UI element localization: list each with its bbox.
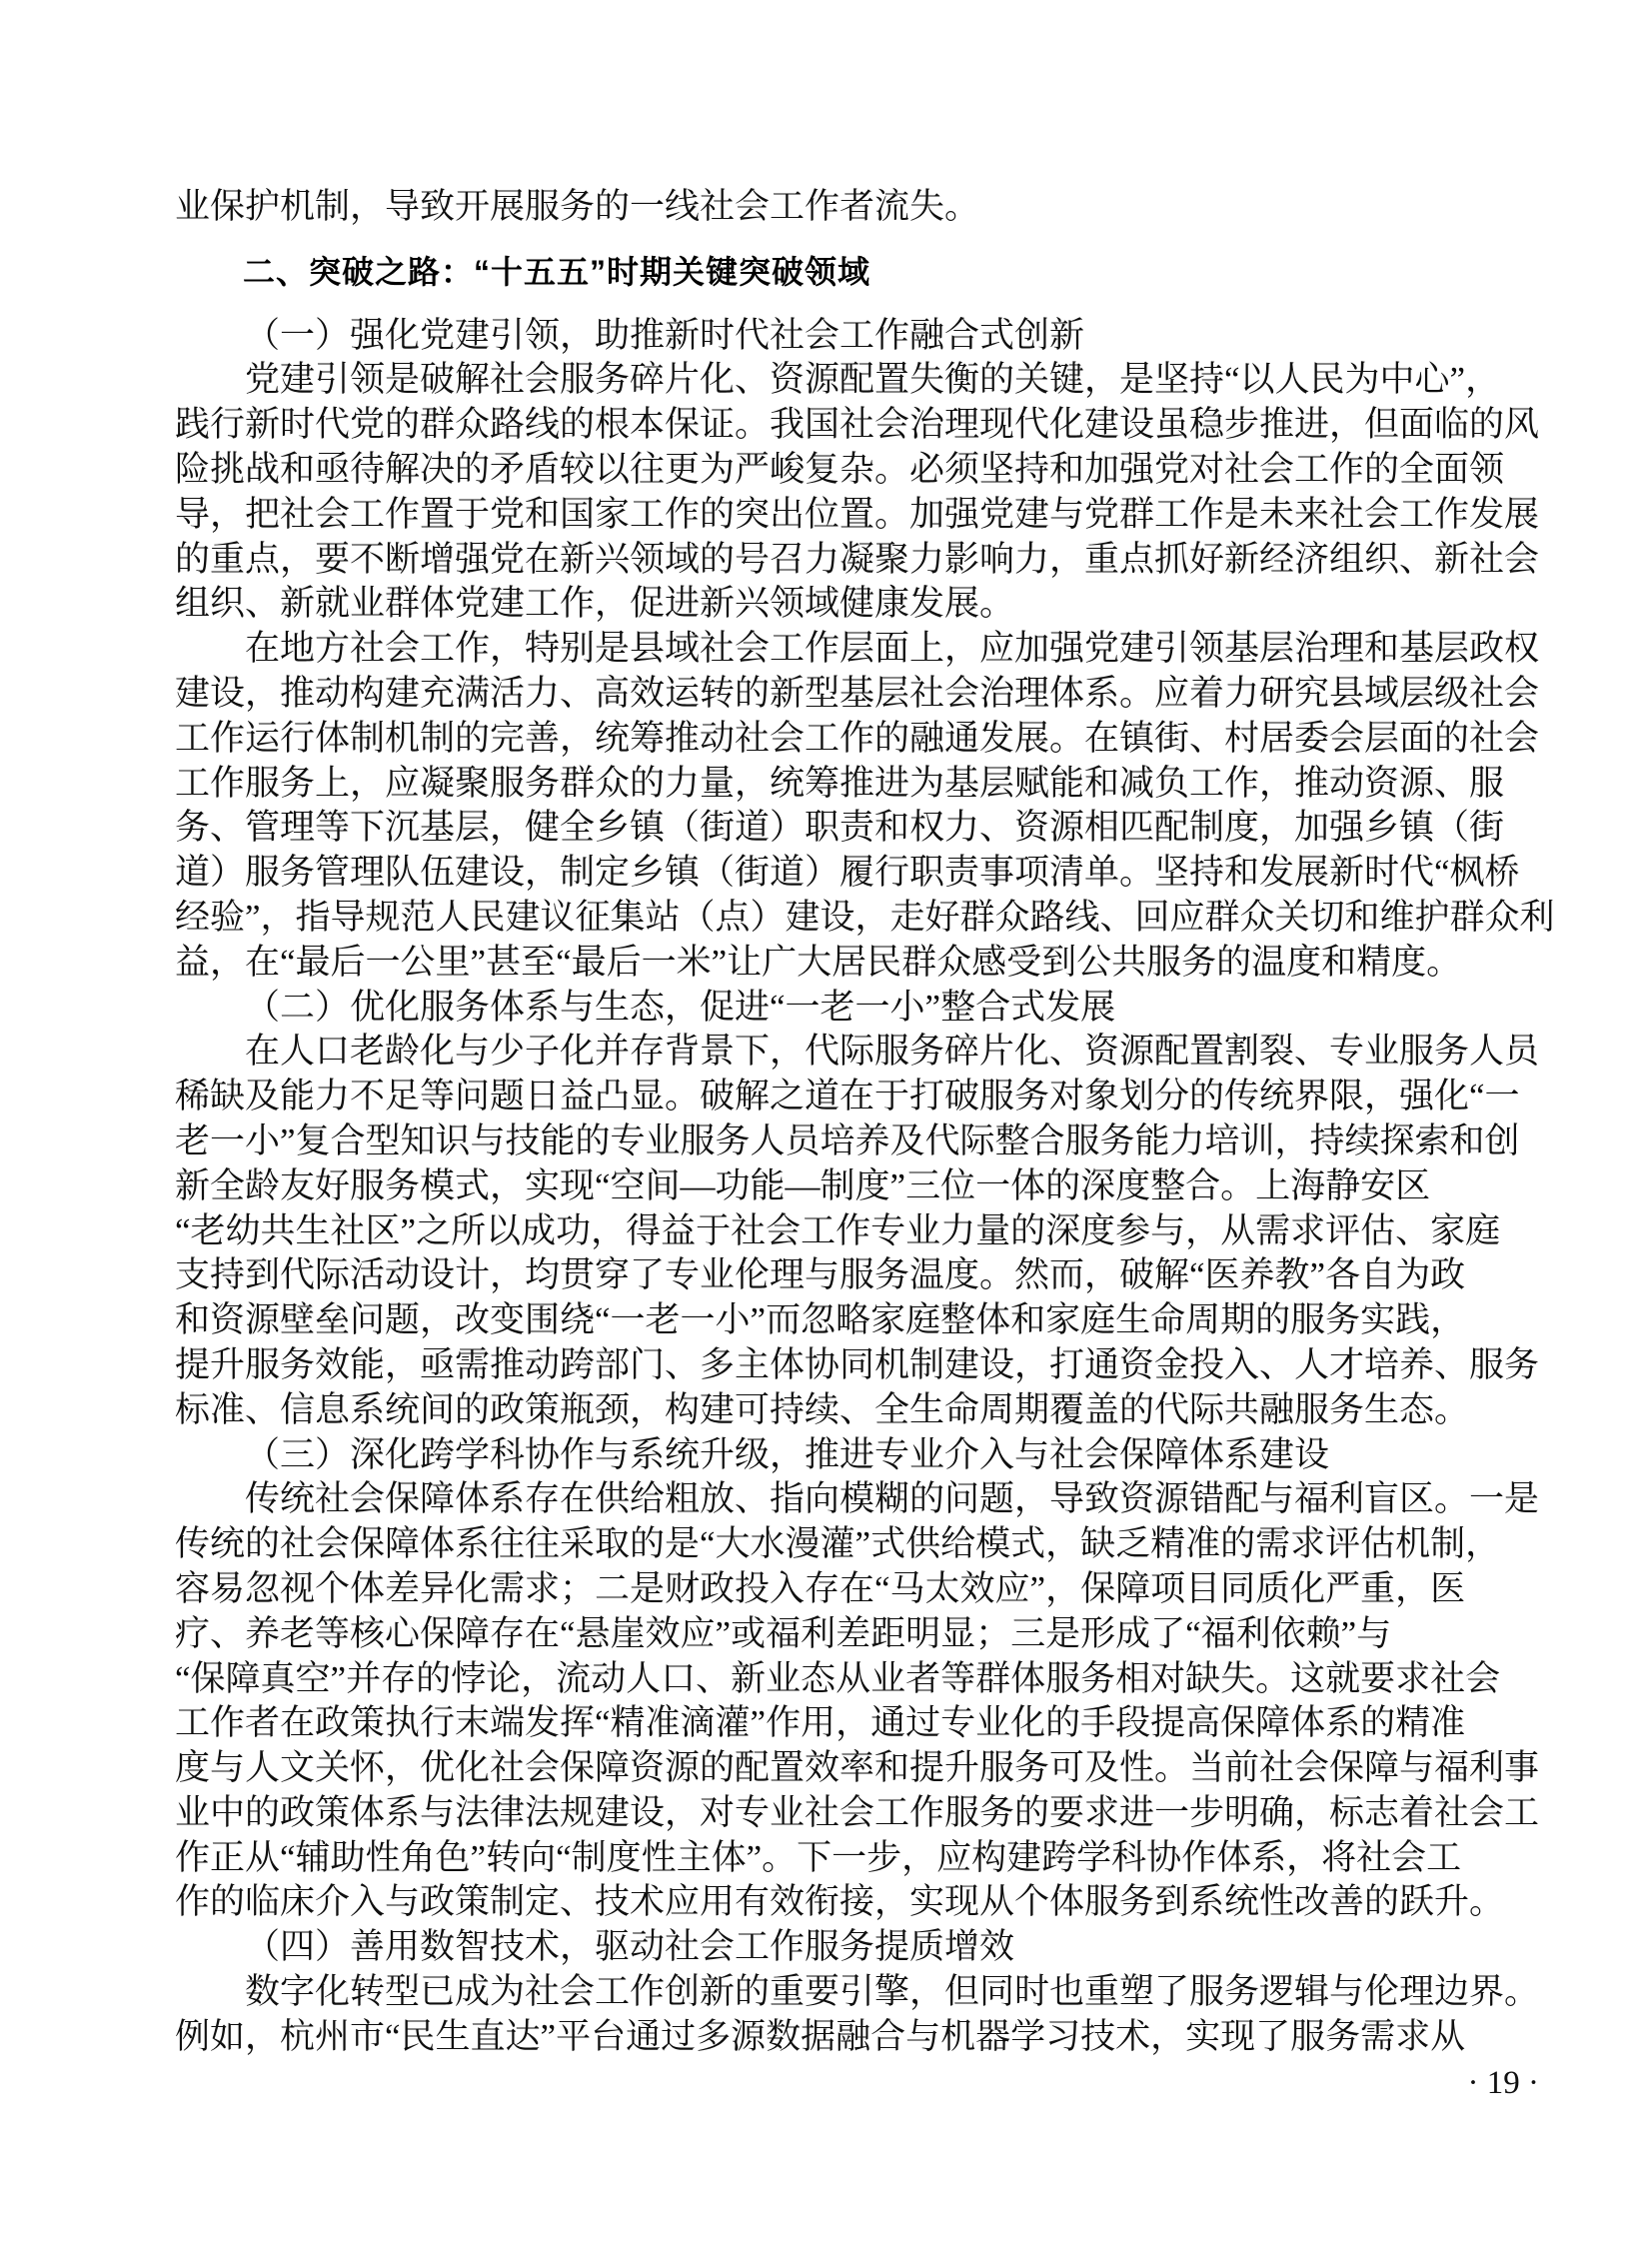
text-line: 度与人文关怀，优化社会保障资源的配置效率和提升服务可及性。当前社会保障与福利事: [175, 1746, 1540, 1791]
text-line: 务、管理等下沉基层，健全乡镇（街道）职责和权力、资源相匹配制度，加强乡镇（街: [175, 806, 1540, 851]
text-line: 作正从“辅助性角色”转向“制度性主体”。下一步，应构建跨学科协作体系，将社会工: [175, 1836, 1540, 1881]
text-line: 建设，推动构建充满活力、高效运转的新型基层社会治理体系。应着力研究县域层级社会: [175, 672, 1540, 717]
page-number: · 19 ·: [1468, 2061, 1539, 2105]
text-line: 道）服务管理队伍建设，制定乡镇（街道）履行职责事项清单。坚持和发展新时代“枫桥: [175, 851, 1540, 896]
text-line: 经验”，指导规范人民建议征集站（点）建设，走好群众路线、回应群众关切和维护群众利: [175, 896, 1540, 941]
text-line: 容易忽视个体差异化需求；二是财政投入存在“马太效应”，保障项目同质化严重，医: [175, 1567, 1540, 1612]
text-line: 稀缺及能力不足等问题日益凸显。破解之道在于打破服务对象划分的传统界限，强化“一: [175, 1075, 1540, 1120]
section-heading: 二、突破之路：“十五五”时期关键突破领域: [175, 250, 1540, 295]
text-line: 例如，杭州市“民生直达”平台通过多源数据融合与机器学习技术，实现了服务需求从: [175, 2015, 1540, 2060]
text-line: 作的临床介入与政策制定、技术应用有效衔接，实现从个体服务到系统性改善的跃升。: [175, 1880, 1540, 1925]
text-line: 新全龄友好服务模式，实现“空间—功能—制度”三位一体的深度整合。上海静安区: [175, 1164, 1540, 1209]
text-line: 数字化转型已成为社会工作创新的重要引擎，但同时也重塑了服务逻辑与伦理边界。: [175, 1970, 1540, 2015]
subheading-4: （四）善用数智技术，驱动社会工作服务提质增效: [175, 1925, 1540, 1970]
text-line: 组织、新就业群体党建工作，促进新兴领域健康发展。: [175, 582, 1540, 627]
text-line: 疗、养老等核心保障存在“悬崖效应”或福利差距明显；三是形成了“福利依赖”与: [175, 1612, 1540, 1657]
text-line: 业中的政策体系与法律法规建设，对专业社会工作服务的要求进一步明确，标志着社会工: [175, 1791, 1540, 1836]
subheading-2: （二）优化服务体系与生态，促进“一老一小”整合式发展: [175, 986, 1540, 1031]
text-line: 传统的社会保障体系往往采取的是“大水漫灌”式供给模式，缺乏精准的需求评估机制，: [175, 1522, 1540, 1567]
text-column: 业保护机制，导致开展服务的一线社会工作者流失。 二、突破之路：“十五五”时期关键…: [175, 185, 1540, 2060]
text-line: 益，在“最后一公里”甚至“最后一米”让广大居民群众感受到公共服务的温度和精度。: [175, 941, 1540, 986]
text-line: 支持到代际活动设计，均贯穿了专业伦理与服务温度。然而，破解“医养教”各自为政: [175, 1253, 1540, 1298]
text-line: 老一小”复合型知识与技能的专业服务人员培养及代际整合服务能力培训，持续探索和创: [175, 1120, 1540, 1164]
text-line: 险挑战和亟待解决的矛盾较以往更为严峻复杂。必须坚持和加强党对社会工作的全面领: [175, 448, 1540, 493]
text-line: 在地方社会工作，特别是县域社会工作层面上，应加强党建引领基层治理和基层政权: [175, 627, 1540, 672]
text-line: 工作运行体制机制的完善，统筹推动社会工作的融通发展。在镇街、村居委会层面的社会: [175, 717, 1540, 762]
text-line: 传统社会保障体系存在供给粗放、指向模糊的问题，导致资源错配与福利盲区。一是: [175, 1477, 1540, 1522]
text-line: “老幼共生社区”之所以成功，得益于社会工作专业力量的深度参与，从需求评估、家庭: [175, 1209, 1540, 1254]
document-page: 业保护机制，导致开展服务的一线社会工作者流失。 二、突破之路：“十五五”时期关键…: [0, 0, 1652, 2243]
text-line: 践行新时代党的群众路线的根本保证。我国社会治理现代化建设虽稳步推进，但面临的风: [175, 403, 1540, 448]
text-line: 和资源壁垒问题，改变围绕“一老一小”而忽略家庭整体和家庭生命周期的服务实践，: [175, 1298, 1540, 1343]
text-line: 提升服务效能，亟需推动跨部门、多主体协同机制建设，打通资金投入、人才培养、服务: [175, 1343, 1540, 1388]
text-line: 业保护机制，导致开展服务的一线社会工作者流失。: [175, 185, 1540, 230]
text-line: 在人口老龄化与少子化并存背景下，代际服务碎片化、资源配置割裂、专业服务人员: [175, 1030, 1540, 1075]
text-line: 工作服务上，应凝聚服务群众的力量，统筹推进为基层赋能和减负工作，推动资源、服: [175, 762, 1540, 807]
text-line: “保障真空”并存的悖论，流动人口、新业态从业者等群体服务相对缺失。这就要求社会: [175, 1657, 1540, 1702]
text-line: 导，把社会工作置于党和国家工作的突出位置。加强党建与党群工作是未来社会工作发展: [175, 493, 1540, 538]
text-line: 的重点，要不断增强党在新兴领域的号召力凝聚力影响力，重点抓好新经济组织、新社会: [175, 538, 1540, 583]
subheading-1: （一）强化党建引领，助推新时代社会工作融合式创新: [175, 314, 1540, 359]
text-line: 党建引领是破解社会服务碎片化、资源配置失衡的关键，是坚持“以人民为中心”，: [175, 358, 1540, 403]
subheading-3: （三）深化跨学科协作与系统升级，推进专业介入与社会保障体系建设: [175, 1433, 1540, 1478]
text-line: 工作者在政策执行末端发挥“精准滴灌”作用，通过专业化的手段提高保障体系的精准: [175, 1701, 1540, 1746]
text-line: 标准、信息系统间的政策瓶颈，构建可持续、全生命周期覆盖的代际共融服务生态。: [175, 1388, 1540, 1433]
